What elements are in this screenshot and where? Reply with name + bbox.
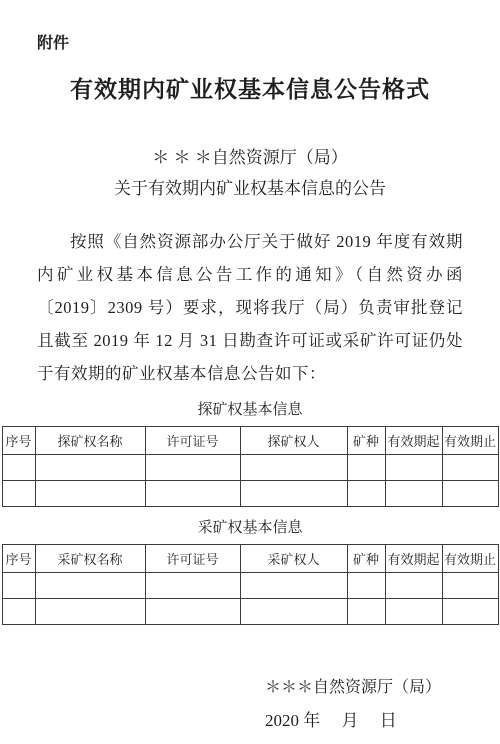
empty-cell [2,455,35,481]
empty-cell [145,481,240,507]
announcement-subject-heading: 关于有效期内矿业权基本信息的公告 [0,180,500,198]
empty-cell [240,599,347,625]
empty-cell [385,455,442,481]
header-cell: 序号 [2,427,35,455]
empty-cell [442,481,498,507]
document-title: 有效期内矿业权基本信息公告格式 [0,76,500,103]
signature-org: ＊＊＊自然资源厅（局） [265,678,441,697]
empty-cell [2,573,35,599]
header-cell: 探矿权名称 [35,427,145,455]
empty-cell [240,573,347,599]
empty-cell [35,599,145,625]
empty-cell [35,573,145,599]
empty-cell [347,599,385,625]
tables-section: 探矿权基本信息序号探矿权名称许可证号探矿权人矿种有效期起有效期止采矿权基本信息序… [0,402,500,625]
table-row [2,573,498,599]
signature-block: ＊＊＊自然资源厅（局） 2020 年 月 日 [265,678,441,730]
issuing-org-heading: ＊ ＊ ＊自然资源厅（局） [0,149,500,167]
header-cell: 许可证号 [145,545,240,573]
empty-cell [145,455,240,481]
empty-cell [347,573,385,599]
header-cell: 有效期止 [442,545,498,573]
header-cell: 许可证号 [145,427,240,455]
exploration-rights-table-caption: 探矿权基本信息 [0,402,500,419]
header-cell: 有效期起 [385,427,442,455]
empty-cell [442,573,498,599]
attachment-label: 附件 [37,35,500,53]
empty-cell [145,599,240,625]
table-header-row: 序号探矿权名称许可证号探矿权人矿种有效期起有效期止 [2,427,498,455]
table-row [2,455,498,481]
empty-cell [2,599,35,625]
header-cell: 有效期止 [442,427,498,455]
mining-rights-table: 序号采矿权名称许可证号采矿权人矿种有效期起有效期止 [2,544,499,625]
document-page: 附件 有效期内矿业权基本信息公告格式 ＊ ＊ ＊自然资源厅（局） 关于有效期内矿… [0,0,500,744]
empty-cell [385,573,442,599]
body-paragraph: 按照《自然资源部办公厅关于做好 2019 年度有效期内矿业权基本信息公告工作的通… [37,225,463,390]
header-cell: 矿种 [347,545,385,573]
table-row [2,599,498,625]
header-cell: 探矿权人 [240,427,347,455]
empty-cell [347,455,385,481]
header-cell: 序号 [2,545,35,573]
header-cell: 采矿权人 [240,545,347,573]
empty-cell [2,481,35,507]
mining-rights-table-caption: 采矿权基本信息 [0,520,500,537]
table-row [2,481,498,507]
header-cell: 采矿权名称 [35,545,145,573]
exploration-rights-table: 序号探矿权名称许可证号探矿权人矿种有效期起有效期止 [2,426,499,507]
empty-cell [240,481,347,507]
header-cell: 有效期起 [385,545,442,573]
empty-cell [35,481,145,507]
empty-cell [385,599,442,625]
empty-cell [442,455,498,481]
signature-date: 2020 年 月 日 [265,711,441,730]
table-header-row: 序号采矿权名称许可证号采矿权人矿种有效期起有效期止 [2,545,498,573]
header-cell: 矿种 [347,427,385,455]
empty-cell [145,573,240,599]
empty-cell [240,455,347,481]
empty-cell [35,455,145,481]
empty-cell [385,481,442,507]
empty-cell [442,599,498,625]
empty-cell [347,481,385,507]
